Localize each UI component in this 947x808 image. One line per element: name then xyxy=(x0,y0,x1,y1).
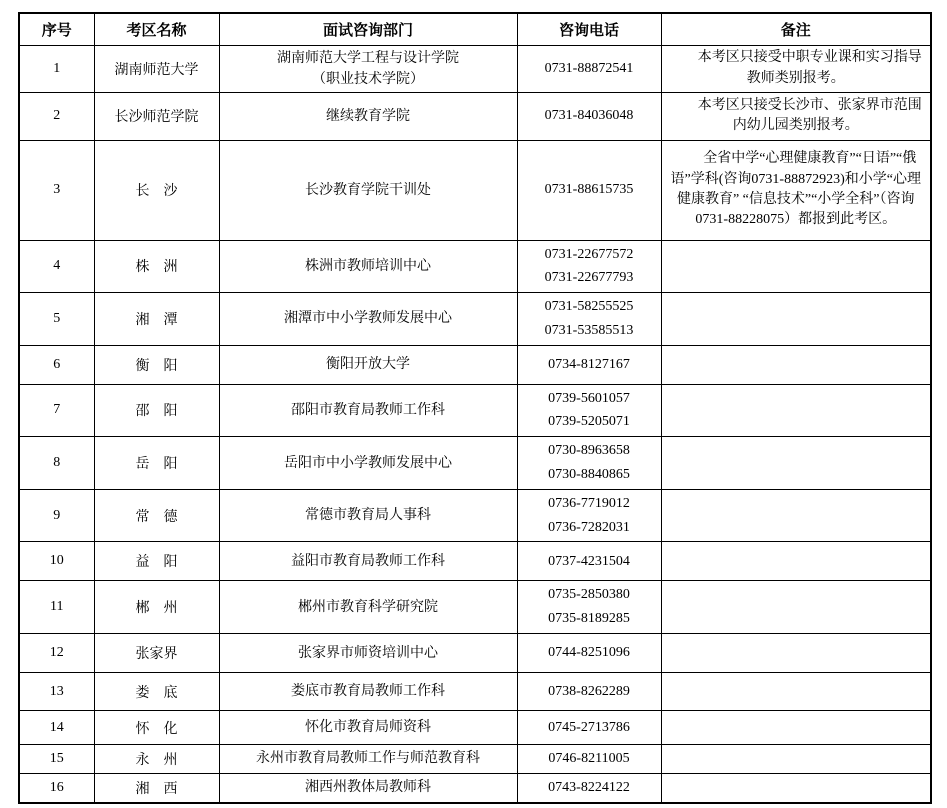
table-row: 12 张家界 张家界市师资培训中心 0744-8251096 xyxy=(19,634,931,673)
table-row: 14 怀 化 怀化市教育局师资科 0745-2713786 xyxy=(19,711,931,745)
header-department: 面试咨询部门 xyxy=(219,13,517,45)
cell-region-name: 永 州 xyxy=(94,745,219,774)
cell-seq: 13 xyxy=(19,673,94,711)
cell-remark xyxy=(661,345,931,384)
cell-seq: 4 xyxy=(19,240,94,293)
table-body: 1 湖南师范大学 湖南师范大学工程与设计学院 （职业技术学院） 0731-888… xyxy=(19,45,931,803)
cell-region-name: 张家界 xyxy=(94,634,219,673)
cell-region-name: 益 阳 xyxy=(94,542,219,581)
cell-department: 常德市教育局人事科 xyxy=(219,489,517,542)
table-row: 6 衡 阳 衡阳开放大学 0734-8127167 xyxy=(19,345,931,384)
cell-region-name: 湘 西 xyxy=(94,773,219,802)
cell-remark: 全省中学“心理健康教育”“日语”“俄语”学科(咨询0731-88872923)和… xyxy=(661,140,931,240)
table-row: 4 株 洲 株洲市教师培训中心 0731-22677572 0731-22677… xyxy=(19,240,931,293)
cell-region-name: 怀 化 xyxy=(94,711,219,745)
cell-seq: 15 xyxy=(19,745,94,774)
header-remark: 备注 xyxy=(661,13,931,45)
cell-remark xyxy=(661,542,931,581)
cell-department: 邵阳市教育局教师工作科 xyxy=(219,384,517,437)
cell-department: 长沙教育学院干训处 xyxy=(219,140,517,240)
table-row: 9 常 德 常德市教育局人事科 0736-7719012 0736-728203… xyxy=(19,489,931,542)
cell-region-name: 邵 阳 xyxy=(94,384,219,437)
cell-phone: 0737-4231504 xyxy=(517,542,661,581)
cell-department: 郴州市教育科学研究院 xyxy=(219,581,517,634)
cell-department: 湖南师范大学工程与设计学院 （职业技术学院） xyxy=(219,45,517,92)
cell-seq: 5 xyxy=(19,293,94,346)
cell-department: 株洲市教师培训中心 xyxy=(219,240,517,293)
cell-department: 怀化市教育局师资科 xyxy=(219,711,517,745)
cell-remark xyxy=(661,437,931,490)
table-row: 1 湖南师范大学 湖南师范大学工程与设计学院 （职业技术学院） 0731-888… xyxy=(19,45,931,92)
cell-phone: 0734-8127167 xyxy=(517,345,661,384)
cell-phone: 0736-7719012 0736-7282031 xyxy=(517,489,661,542)
table-row: 10 益 阳 益阳市教育局教师工作科 0737-4231504 xyxy=(19,542,931,581)
table-row: 5 湘 潭 湘潭市中小学教师发展中心 0731-58255525 0731-53… xyxy=(19,293,931,346)
cell-remark xyxy=(661,489,931,542)
cell-remark xyxy=(661,634,931,673)
table-row: 15 永 州 永州市教育局教师工作与师范教育科 0746-8211005 xyxy=(19,745,931,774)
cell-region-name: 长沙师范学院 xyxy=(94,92,219,140)
cell-region-name: 郴 州 xyxy=(94,581,219,634)
cell-department: 永州市教育局教师工作与师范教育科 xyxy=(219,745,517,774)
cell-remark xyxy=(661,293,931,346)
cell-remark xyxy=(661,581,931,634)
cell-department: 衡阳开放大学 xyxy=(219,345,517,384)
table-row: 13 娄 底 娄底市教育局教师工作科 0738-8262289 xyxy=(19,673,931,711)
cell-seq: 14 xyxy=(19,711,94,745)
cell-remark: 本考区只接受长沙市、张家界市范围内幼儿园类别报考。 xyxy=(661,92,931,140)
cell-region-name: 湖南师范大学 xyxy=(94,45,219,92)
header-row: 序号 考区名称 面试咨询部门 咨询电话 备注 xyxy=(19,13,931,45)
cell-phone: 0730-8963658 0730-8840865 xyxy=(517,437,661,490)
cell-seq: 12 xyxy=(19,634,94,673)
table-row: 16 湘 西 湘西州教体局教师科 0743-8224122 xyxy=(19,773,931,802)
cell-region-name: 湘 潭 xyxy=(94,293,219,346)
table-row: 3 长 沙 长沙教育学院干训处 0731-88615735 全省中学“心理健康教… xyxy=(19,140,931,240)
cell-remark xyxy=(661,745,931,774)
cell-seq: 1 xyxy=(19,45,94,92)
cell-region-name: 衡 阳 xyxy=(94,345,219,384)
cell-seq: 6 xyxy=(19,345,94,384)
cell-department: 湘西州教体局教师科 xyxy=(219,773,517,802)
cell-seq: 10 xyxy=(19,542,94,581)
cell-department: 继续教育学院 xyxy=(219,92,517,140)
table-row: 8 岳 阳 岳阳市中小学教师发展中心 0730-8963658 0730-884… xyxy=(19,437,931,490)
cell-seq: 8 xyxy=(19,437,94,490)
cell-phone: 0731-22677572 0731-22677793 xyxy=(517,240,661,293)
cell-seq: 2 xyxy=(19,92,94,140)
header-region-name: 考区名称 xyxy=(94,13,219,45)
cell-region-name: 长 沙 xyxy=(94,140,219,240)
document-page: 序号 考区名称 面试咨询部门 咨询电话 备注 1 湖南师范大学 湖南师范大学工程… xyxy=(0,0,947,808)
cell-region-name: 岳 阳 xyxy=(94,437,219,490)
cell-seq: 3 xyxy=(19,140,94,240)
cell-seq: 16 xyxy=(19,773,94,802)
cell-phone: 0735-2850380 0735-8189285 xyxy=(517,581,661,634)
cell-seq: 7 xyxy=(19,384,94,437)
cell-phone: 0731-84036048 xyxy=(517,92,661,140)
table-row: 11 郴 州 郴州市教育科学研究院 0735-2850380 0735-8189… xyxy=(19,581,931,634)
cell-department: 张家界市师资培训中心 xyxy=(219,634,517,673)
cell-seq: 11 xyxy=(19,581,94,634)
remark-text: 本考区只接受长沙市、张家界市范围内幼儿园类别报考。 xyxy=(666,96,927,137)
cell-department: 益阳市教育局教师工作科 xyxy=(219,542,517,581)
cell-phone: 0743-8224122 xyxy=(517,773,661,802)
cell-department: 娄底市教育局教师工作科 xyxy=(219,673,517,711)
cell-phone: 0731-88872541 xyxy=(517,45,661,92)
header-seq: 序号 xyxy=(19,13,94,45)
cell-region-name: 株 洲 xyxy=(94,240,219,293)
cell-phone: 0739-5601057 0739-5205071 xyxy=(517,384,661,437)
header-phone: 咨询电话 xyxy=(517,13,661,45)
cell-remark xyxy=(661,240,931,293)
exam-region-contact-table: 序号 考区名称 面试咨询部门 咨询电话 备注 1 湖南师范大学 湖南师范大学工程… xyxy=(18,12,932,804)
cell-region-name: 常 德 xyxy=(94,489,219,542)
remark-text: 全省中学“心理健康教育”“日语”“俄语”学科(咨询0731-88872923)和… xyxy=(666,149,927,230)
cell-seq: 9 xyxy=(19,489,94,542)
cell-phone: 0731-88615735 xyxy=(517,140,661,240)
cell-phone: 0731-58255525 0731-53585513 xyxy=(517,293,661,346)
cell-region-name: 娄 底 xyxy=(94,673,219,711)
cell-phone: 0738-8262289 xyxy=(517,673,661,711)
cell-remark xyxy=(661,773,931,802)
cell-department: 岳阳市中小学教师发展中心 xyxy=(219,437,517,490)
cell-remark xyxy=(661,673,931,711)
table-row: 2 长沙师范学院 继续教育学院 0731-84036048 本考区只接受长沙市、… xyxy=(19,92,931,140)
cell-remark xyxy=(661,711,931,745)
cell-remark xyxy=(661,384,931,437)
cell-remark: 本考区只接受中职专业课和实习指导教师类别报考。 xyxy=(661,45,931,92)
cell-department: 湘潭市中小学教师发展中心 xyxy=(219,293,517,346)
cell-phone: 0746-8211005 xyxy=(517,745,661,774)
cell-phone: 0744-8251096 xyxy=(517,634,661,673)
remark-text: 本考区只接受中职专业课和实习指导教师类别报考。 xyxy=(666,48,927,89)
cell-phone: 0745-2713786 xyxy=(517,711,661,745)
table-row: 7 邵 阳 邵阳市教育局教师工作科 0739-5601057 0739-5205… xyxy=(19,384,931,437)
